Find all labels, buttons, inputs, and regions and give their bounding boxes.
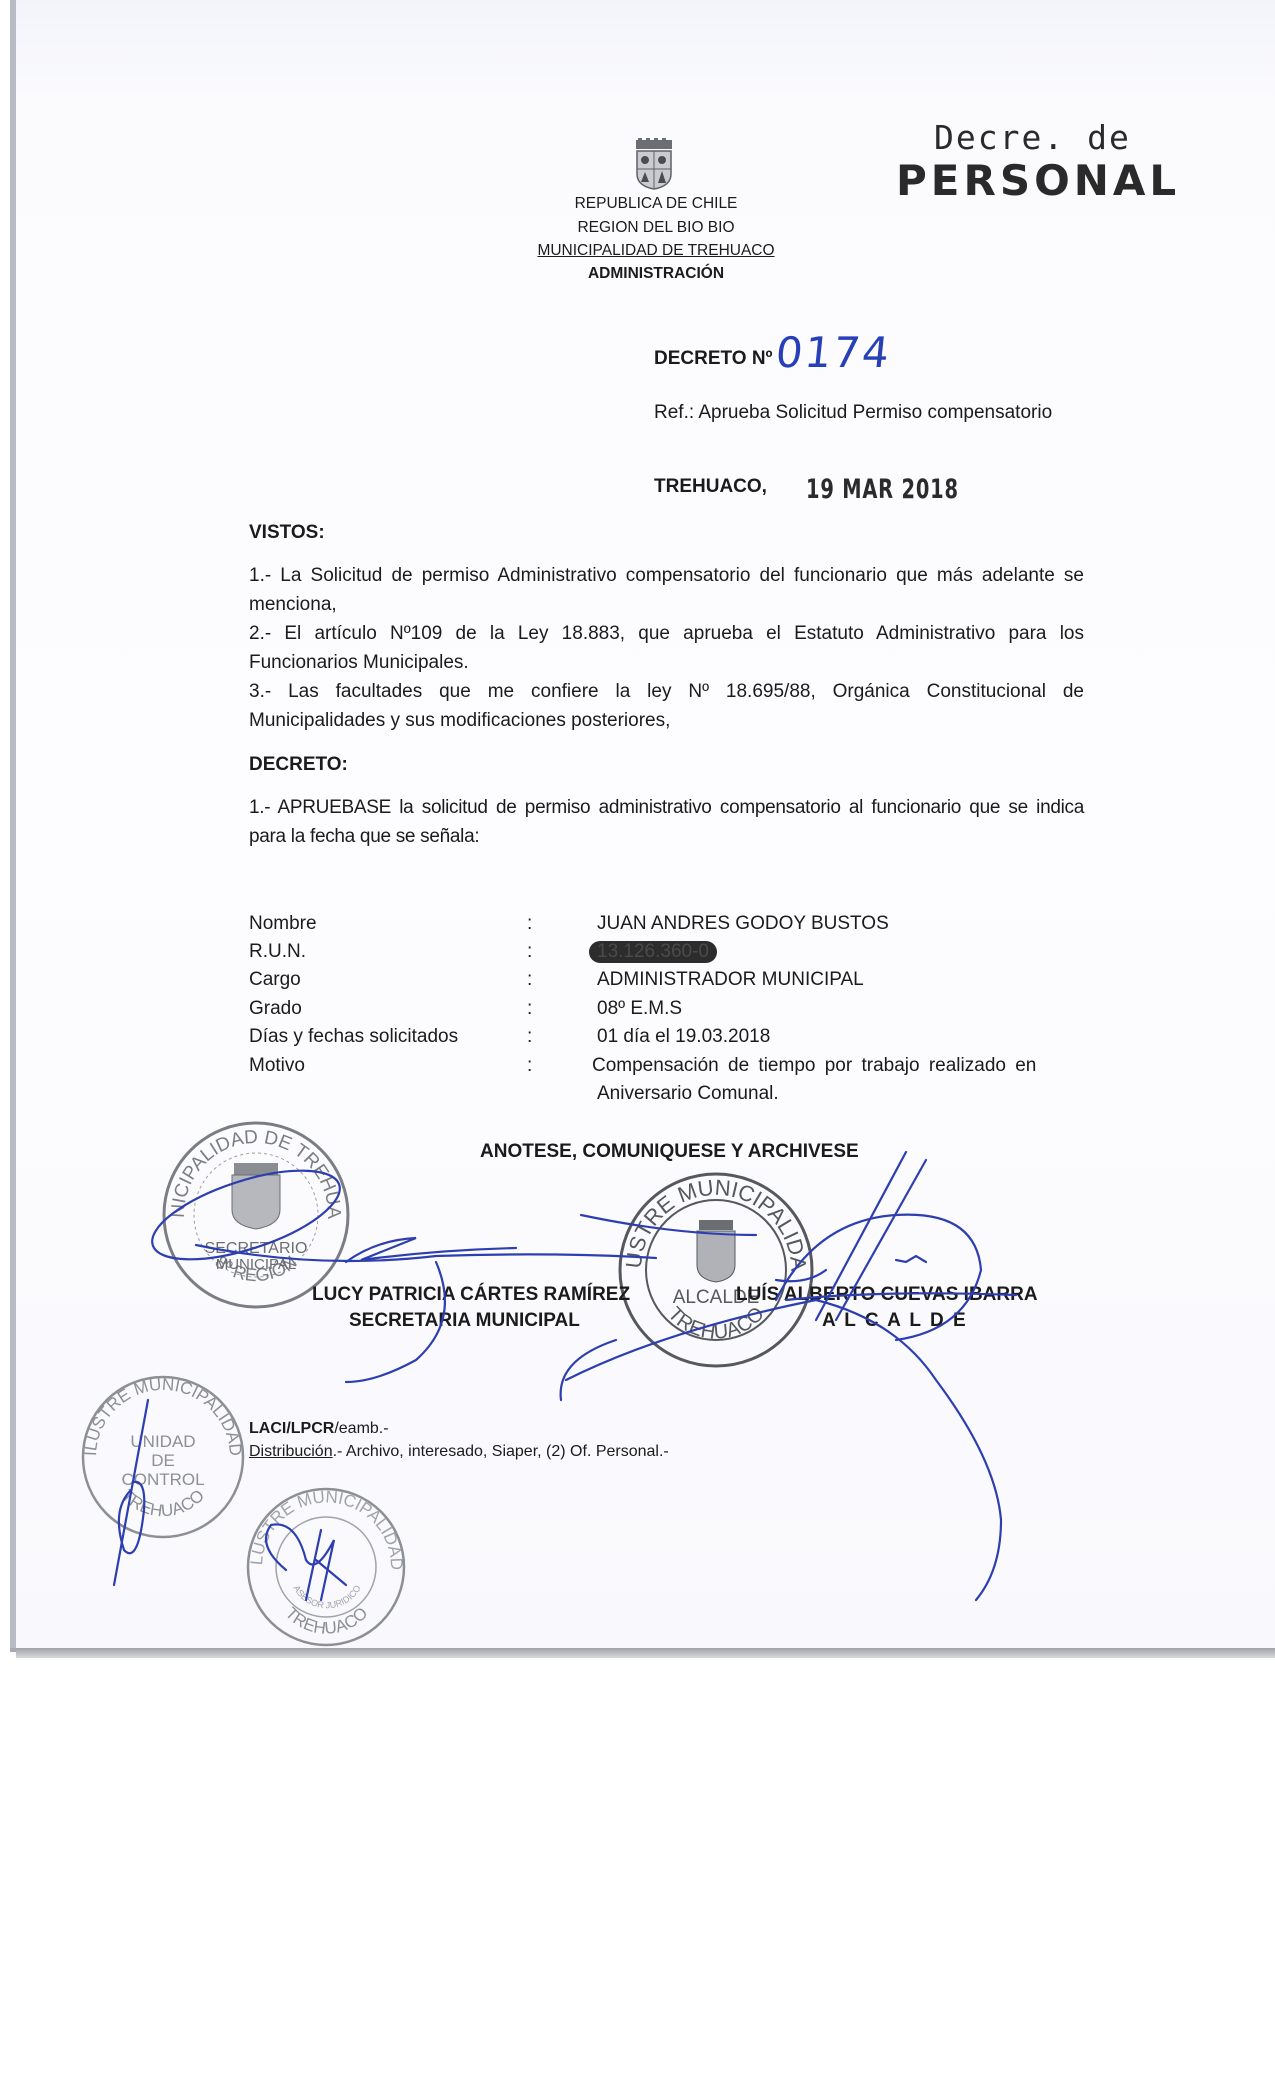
field-label: Días y fechas solicitados <box>249 1026 458 1048</box>
field-row-dias: Días y fechas solicitados : 01 día el 19… <box>249 1026 1109 1054</box>
seal-unidad-control-icon: ILUSTRE MUNICIPALIDAD TREHUACO UNIDAD DE… <box>78 1372 248 1542</box>
field-value-continued: Aniversario Comunal. <box>597 1083 779 1105</box>
field-label: Nombre <box>249 913 317 935</box>
seal-asesor-juridico-icon: ILUSTRE MUNICIPALIDAD TREHUACO ASESOR JU… <box>244 1485 409 1650</box>
municipal-coat-of-arms-icon <box>633 138 675 190</box>
decree-number-handwritten: 0174 <box>773 328 893 377</box>
field-value: 01 día el 19.03.2018 <box>597 1026 770 1048</box>
footer-initials: LACI/LPCR/eamb.- <box>249 1420 389 1438</box>
field-separator: : <box>527 969 532 991</box>
field-value: Compensación de tiempo por trabajo reali… <box>592 1055 1036 1077</box>
field-separator: : <box>527 941 532 963</box>
field-label: Grado <box>249 998 302 1020</box>
date-stamp: 19 MAR 2018 <box>806 474 959 505</box>
field-row-motivo-cont: Aniversario Comunal. <box>249 1083 1109 1111</box>
field-separator: : <box>527 913 532 935</box>
svg-text:MUNICIPAL: MUNICIPAL <box>216 1256 297 1273</box>
svg-text:DE: DE <box>151 1451 175 1470</box>
svg-text:SECRETARIO: SECRETARIO <box>205 1240 308 1257</box>
field-row-cargo: Cargo : ADMINISTRADOR MUNICIPAL <box>249 969 1109 997</box>
footer-initials-rest: /eamb.- <box>334 1420 388 1437</box>
decree-reference: Ref.: Aprueba Solicitud Permiso compensa… <box>654 402 1052 424</box>
right-signatory-name: LUÍS ALBERTO CUEVAS IBARRA <box>736 1284 1038 1306</box>
header-region: REGION DEL BIO BIO <box>526 219 786 237</box>
svg-text:ILUSTRE MUNICIPALIDAD: ILUSTRE MUNICIPALIDAD <box>244 1485 406 1570</box>
footer-distribution: Distribución.- Archivo, interesado, Siap… <box>249 1443 669 1461</box>
left-signatory-name: LUCY PATRICIA CÁRTES RAMÍREZ <box>312 1284 630 1306</box>
field-row-nombre: Nombre : JUAN ANDRES GODOY BUSTOS <box>249 913 1109 941</box>
svg-text:TREHUACO: TREHUACO <box>663 1303 768 1344</box>
right-signatory-title: A L C A L D E <box>822 1310 968 1332</box>
svg-text:UNIDAD: UNIDAD <box>130 1432 195 1451</box>
stamp-decre-de: Decre. de <box>934 118 1131 157</box>
header-department: ADMINISTRACIÓN <box>526 265 786 283</box>
field-separator: : <box>527 1026 532 1048</box>
decree-number-label: DECRETO Nº <box>654 348 773 370</box>
vistos-item-1: 1.- La Solicitud de permiso Administrati… <box>249 561 1084 619</box>
scanned-document-page: REPUBLICA DE CHILE REGION DEL BIO BIO MU… <box>10 0 1275 1648</box>
stamp-personal: PERSONAL <box>896 156 1180 205</box>
seal-alcalde-icon: ILUSTRE MUNICIPALIDAD TREHUACO ALCALDE <box>611 1165 821 1375</box>
field-value: 08º E.M.S <box>597 998 682 1020</box>
decreto-heading: DECRETO: <box>249 754 348 776</box>
field-value: ADMINISTRADOR MUNICIPAL <box>597 969 864 991</box>
field-label: R.U.N. <box>249 941 306 963</box>
field-row-motivo: Motivo : Compensación de tiempo por trab… <box>249 1055 1109 1083</box>
field-separator: : <box>527 998 532 1020</box>
field-row-grado: Grado : 08º E.M.S <box>249 998 1109 1026</box>
field-label: Cargo <box>249 969 301 991</box>
place-label: TREHUACO, <box>654 476 767 498</box>
field-row-run: R.U.N. : 13.126.360-0 <box>249 941 1109 969</box>
field-value-redacted: 13.126.360-0 <box>589 941 717 963</box>
left-signatory-title: SECRETARIA MUNICIPAL <box>349 1310 580 1332</box>
footer-initials-bold: LACI/LPCR <box>249 1420 334 1437</box>
svg-text:TREHUACO: TREHUACO <box>118 1486 208 1521</box>
distribution-label: Distribución <box>249 1443 333 1460</box>
distribution-text: .- Archivo, interesado, Siaper, (2) Of. … <box>333 1443 669 1460</box>
header-municipality: MUNICIPALIDAD DE TREHUACO <box>526 242 786 260</box>
svg-text:CONTROL: CONTROL <box>121 1470 204 1489</box>
closing-formula: ANOTESE, COMUNIQUESE Y ARCHIVESE <box>480 1141 859 1163</box>
field-value: JUAN ANDRES GODOY BUSTOS <box>597 913 889 935</box>
vistos-item-2: 2.- El artículo Nº109 de la Ley 18.883, … <box>249 619 1084 677</box>
svg-text:ASESOR JURIDICO: ASESOR JURIDICO <box>291 1583 362 1610</box>
field-separator: : <box>527 1055 532 1077</box>
vistos-item-3: 3.- Las facultades que me confiere la le… <box>249 677 1084 735</box>
field-label: Motivo <box>249 1055 305 1077</box>
header-country: REPUBLICA DE CHILE <box>526 195 786 213</box>
decreto-text: 1.- APRUEBASE la solicitud de permiso ad… <box>249 793 1084 851</box>
vistos-heading: VISTOS: <box>249 522 325 544</box>
